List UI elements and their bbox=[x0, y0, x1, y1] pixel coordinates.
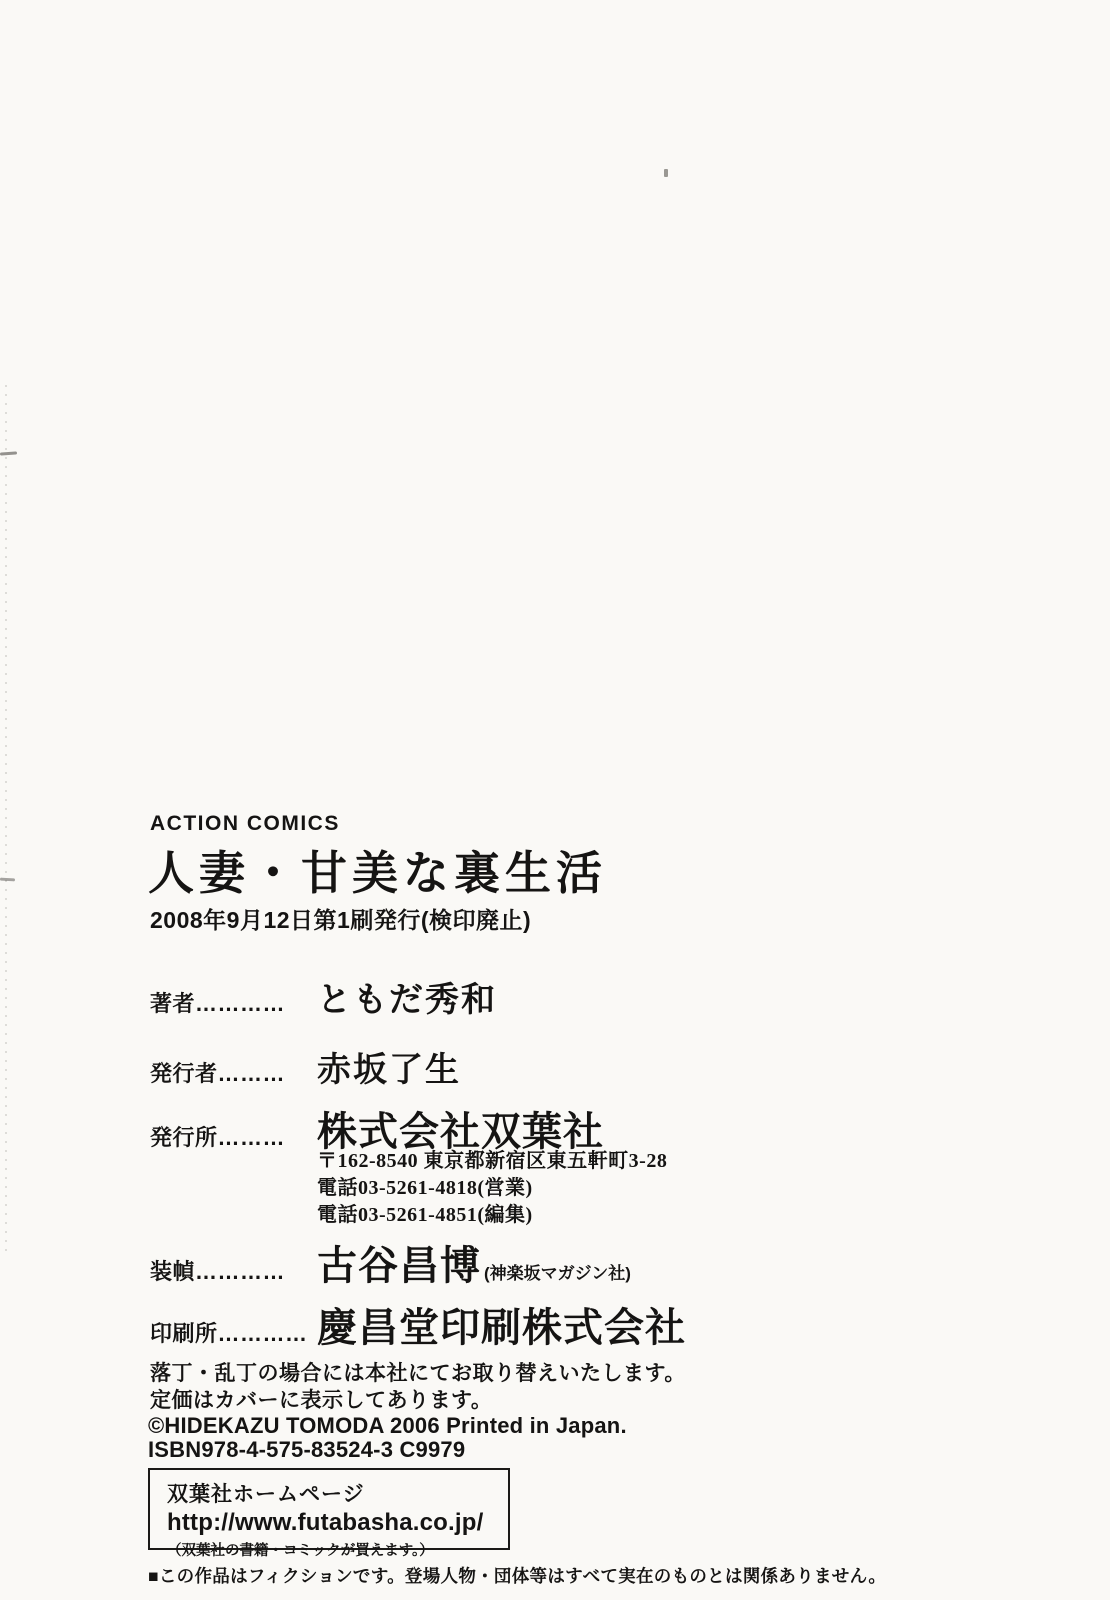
copyright-line: ©HIDEKAZU TOMODA 2006 Printed in Japan. bbox=[148, 1414, 627, 1438]
scan-scratch-line bbox=[5, 385, 7, 1257]
credit-row-author: 著者………… ともだ秀和 bbox=[150, 972, 497, 1021]
credit-label-publishing-house: 発行所……… bbox=[150, 1121, 317, 1152]
credit-label-author: 著者………… bbox=[150, 987, 317, 1018]
homepage-box-title: 双葉社ホームページ bbox=[167, 1478, 500, 1508]
publisher-postal-address: 〒162-8540 東京都新宿区東五軒町3-28 bbox=[317, 1148, 667, 1175]
colophon-page: ACTION COMICS 人妻・甘美な裏生活 2008年9月12日第1刷発行(… bbox=[0, 0, 1110, 1600]
copyright-block: ©HIDEKAZU TOMODA 2006 Printed in Japan. … bbox=[148, 1414, 627, 1462]
credit-label-publisher: 発行者……… bbox=[150, 1057, 317, 1088]
scan-scratch-mark bbox=[0, 878, 15, 882]
homepage-url: http://www.futabasha.co.jp/ bbox=[167, 1509, 500, 1537]
fiction-disclaimer: ■この作品はフィクションです。登場人物・団体等はすべて実在のものとは関係ありませ… bbox=[148, 1563, 868, 1588]
scan-scratch-mark bbox=[0, 451, 17, 455]
publisher-phone-editorial: 電話03-5261-4851(編集) bbox=[317, 1202, 667, 1229]
credit-row-printer: 印刷所………… 慶昌堂印刷株式会社 bbox=[150, 1296, 686, 1353]
credit-value-cover-design: 古谷昌博 bbox=[317, 1234, 481, 1291]
publisher-address: 〒162-8540 東京都新宿区東五軒町3-28 電話03-5261-4818(… bbox=[317, 1148, 667, 1229]
publisher-phone-sales: 電話03-5261-4818(営業) bbox=[317, 1175, 667, 1202]
credit-value-author: ともだ秀和 bbox=[317, 972, 497, 1021]
isbn-line: ISBN978-4-575-83524-3 C9979 bbox=[148, 1438, 627, 1462]
credit-label-cover-design: 装幀………… bbox=[150, 1255, 317, 1286]
credit-suffix-design-studio: (神楽坂マガジン社) bbox=[484, 1259, 631, 1284]
credit-value-printer: 慶昌堂印刷株式会社 bbox=[317, 1296, 686, 1353]
credit-row-publisher: 発行者……… 赤坂了生 bbox=[150, 1042, 461, 1091]
credit-label-printer: 印刷所………… bbox=[150, 1317, 317, 1348]
credit-row-cover-design: 装幀………… 古谷昌博 (神楽坂マガジン社) bbox=[150, 1234, 631, 1291]
scan-speck bbox=[664, 169, 668, 177]
credit-value-publisher: 赤坂了生 bbox=[317, 1042, 461, 1091]
print-date: 2008年9月12日第1刷発行(検印廃止) bbox=[150, 902, 531, 935]
price-notice: 定価はカバーに表示してあります。 bbox=[150, 1387, 686, 1414]
series-label: ACTION COMICS bbox=[150, 812, 340, 836]
homepage-note: （双葉社の書籍・コミックが買えます。） bbox=[167, 1539, 500, 1560]
book-title: 人妻・甘美な裏生活 bbox=[148, 837, 607, 903]
replacement-notice: 落丁・乱丁の場合には本社にてお取り替えいたします。 bbox=[150, 1360, 686, 1387]
notices: 落丁・乱丁の場合には本社にてお取り替えいたします。 定価はカバーに表示してありま… bbox=[150, 1360, 686, 1414]
homepage-box: 双葉社ホームページ http://www.futabasha.co.jp/ （双… bbox=[148, 1468, 510, 1550]
